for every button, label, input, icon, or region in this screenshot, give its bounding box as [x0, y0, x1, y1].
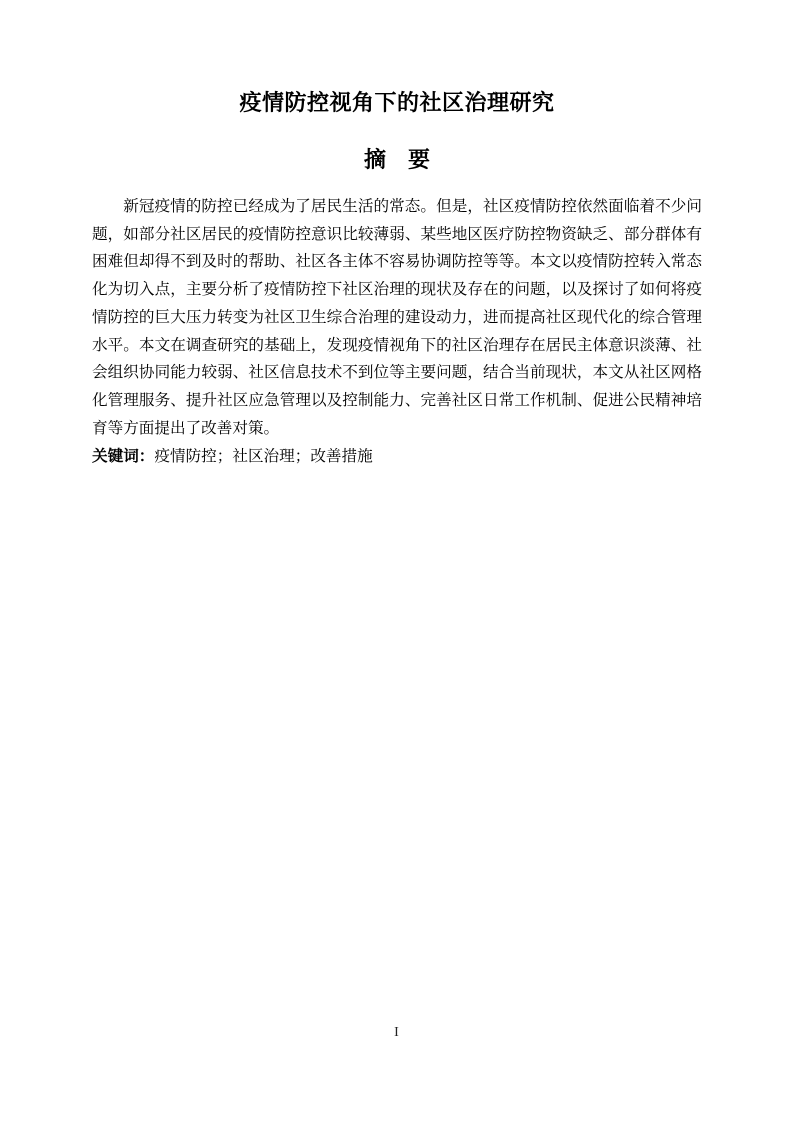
- keywords-label: 关键词：: [92, 448, 154, 465]
- keywords-text: 疫情防控；社区治理；改善措施: [154, 448, 372, 465]
- page-number: I: [0, 1024, 793, 1041]
- document-page: 疫情防控视角下的社区治理研究 摘 要 新冠疫情的防控已经成为了居民生活的常态。但…: [0, 0, 793, 1122]
- page-content: 疫情防控视角下的社区治理研究 摘 要 新冠疫情的防控已经成为了居民生活的常态。但…: [92, 0, 702, 471]
- keywords-line: 关键词：疫情防控；社区治理；改善措施: [92, 443, 702, 471]
- page-title: 疫情防控视角下的社区治理研究: [92, 89, 702, 117]
- abstract-paragraph: 新冠疫情的防控已经成为了居民生活的常态。但是，社区疫情防控依然面临着不少问题，如…: [92, 193, 702, 442]
- abstract-heading: 摘 要: [92, 146, 702, 174]
